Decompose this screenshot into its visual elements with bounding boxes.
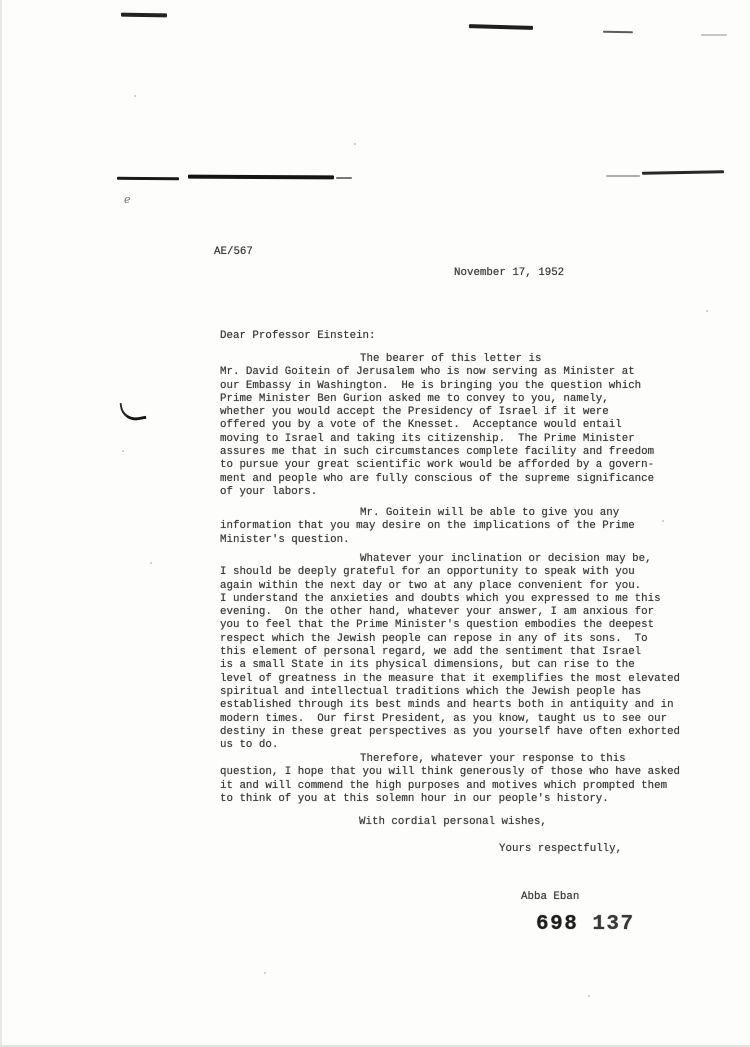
scan-line-center-tail [336,177,352,179]
scan-speck [134,95,136,97]
letter-date: November 17, 1952 [454,267,564,280]
scan-dots-top-corner [701,34,727,36]
salutation: Dear Professor Einstein: [220,330,376,343]
scanned-letter-page: e AE/567 November 17, 1952 Dear Professo… [0,0,750,1047]
archive-stamp: 698137 [536,913,635,936]
stamp-number-right: 137 [592,913,634,936]
scan-line-center-segment [188,175,334,180]
scan-line-left-segment [117,177,179,180]
scan-line-right-segment [642,170,724,174]
reference-number: AE/567 [214,246,253,259]
stamp-number-left: 698 [536,913,578,936]
scan-speck [122,450,124,452]
letter-paragraph-2: Mr. Goitein will be able to give you any… [220,507,635,547]
scan-speck [588,995,590,997]
scan-speck [662,520,664,522]
scan-smudge-top-left [121,13,167,18]
margin-hook-mark [119,399,146,423]
signoff-line: Yours respectfully, [499,843,622,856]
signature-name: Abba Eban [521,891,579,904]
margin-stray-letter: e [124,193,131,206]
letter-paragraph-4: Therefore, whatever your response to thi… [220,753,680,806]
scan-speck [706,310,708,312]
closing-line: With cordial personal wishes, [359,816,547,829]
scan-speck [264,972,266,974]
letter-paragraph-1: The bearer of this letter is Mr. David G… [220,353,654,499]
scan-speck [354,143,356,145]
scan-line-right-dashes [606,175,640,177]
scan-smudge-top-right [603,31,633,34]
letter-paragraph-3: Whatever your inclination or decision ma… [220,553,680,752]
scan-speck [150,562,152,564]
scan-smudge-top-mid [469,24,533,30]
